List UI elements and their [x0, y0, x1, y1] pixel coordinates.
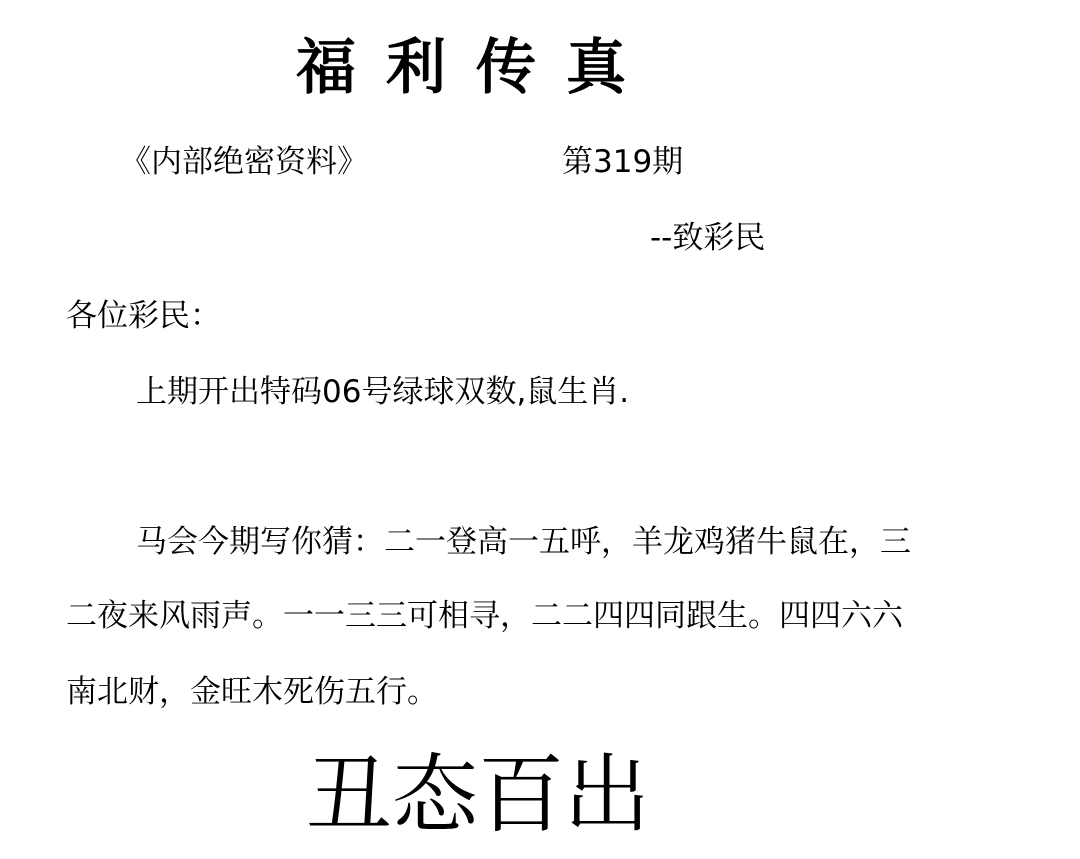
poem-line-1: 马会今期写你猜：二一登高一五呼，羊龙鸡猪牛鼠在，三: [136, 522, 911, 562]
poem-line-2: 二夜来风雨声。一一三三可相寻，二二四四同跟生。四四六六: [66, 596, 903, 636]
greeting: 各位彩民：: [66, 296, 221, 336]
document-title: 福利传真: [296, 28, 656, 108]
addressee-line: --致彩民: [650, 218, 765, 258]
issue-number: 第319期: [562, 142, 683, 182]
poem-line-3: 南北财，金旺木死伤五行。: [66, 672, 438, 712]
footer-phrase: 丑态百出: [306, 740, 650, 850]
last-result-text: 上期开出特码06号绿球双数,鼠生肖.: [136, 372, 629, 412]
document-subtitle: 《内部绝密资料》: [120, 142, 368, 182]
